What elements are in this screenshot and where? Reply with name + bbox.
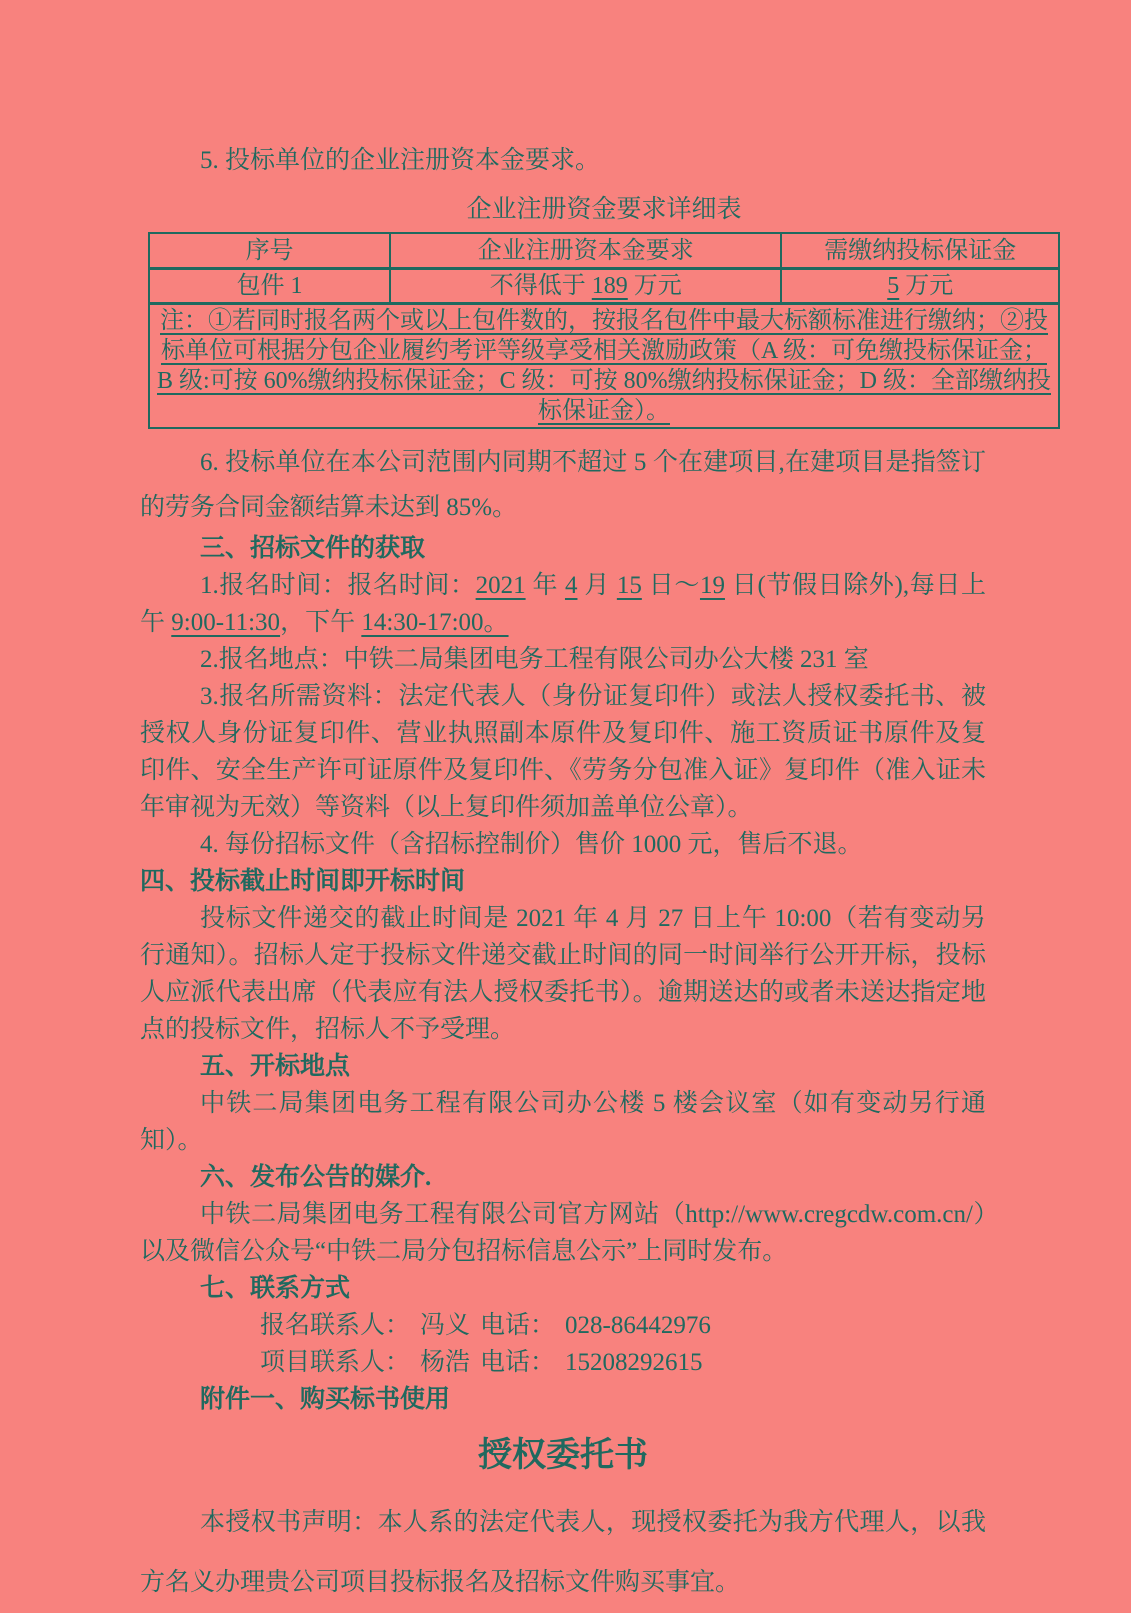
- header-capital-requirement: 企业注册资本金要求: [390, 233, 781, 269]
- open-bid-location-paragraph: 中铁二局集团电务工程有限公司办公楼 5 楼会议室（如有变动另行通知）。: [140, 1085, 986, 1159]
- cell-capital-requirement: 不得低于 189 万元: [390, 269, 781, 304]
- phone-label: 电话：: [480, 1312, 555, 1339]
- signup-place-paragraph: 2.报名地点：中铁二局集团电务工程有限公司办公大楼 231 室: [140, 641, 986, 678]
- contact-value: 冯义电话：028-86442976: [420, 1312, 721, 1339]
- project-contact-row: 项目联系人：杨浩电话：15208292615: [140, 1344, 986, 1381]
- table-caption: 企业注册资金要求详细表: [148, 191, 1060, 228]
- section-7-title: 七、联系方式: [140, 1270, 986, 1307]
- table-header-row: 序号 企业注册资本金要求 需缴纳投标保证金: [149, 233, 1059, 269]
- signup-materials-paragraph: 3.报名所需资料：法定代表人（身份证复印件）或法人授权委托书、被授权人身份证复印…: [140, 678, 986, 826]
- phone-label: 电话：: [480, 1349, 555, 1376]
- table-row: 包件 1 不得低于 189 万元 5 万元: [149, 269, 1059, 304]
- section-4-title: 四、投标截止时间即开标时间: [140, 863, 986, 900]
- attachment-title: 附件一、购买标书使用: [140, 1381, 986, 1418]
- signup-time-paragraph: 1.报名时间：报名时间：2021 年 4 月 15 日～19 日(节假日除外),…: [140, 567, 986, 641]
- contact-value: 杨浩电话：15208292615: [420, 1349, 713, 1376]
- section-5-title: 五、开标地点: [140, 1048, 986, 1085]
- section-4-body: 投标文件递交的截止时间是 2021 年 4 月 27 日上午 10:00（若有变…: [140, 900, 986, 1048]
- signup-contact-row: 报名联系人：冯义电话：028-86442976: [140, 1307, 986, 1344]
- document-price-paragraph: 4. 每份招标文件（含招标控制价）售价 1000 元，售后不退。: [140, 826, 986, 863]
- item-5-paragraph: 5. 投标单位的企业注册资本金要求。: [140, 142, 986, 179]
- announcement-media-paragraph: 中铁二局集团电务工程有限公司官方网站（http://www.cregcdw.co…: [140, 1196, 986, 1270]
- header-bid-deposit: 需缴纳投标保证金: [781, 233, 1059, 269]
- contact-name: 杨浩: [420, 1349, 470, 1376]
- capital-requirements-table: 序号 企业注册资本金要求 需缴纳投标保证金 包件 1 不得低于 189 万元 5…: [148, 232, 1060, 429]
- authorization-title: 授权委托书: [140, 1430, 986, 1481]
- contact-label: 项目联系人：: [200, 1344, 420, 1381]
- contact-label: 报名联系人：: [200, 1307, 420, 1344]
- item-6-paragraph: 6. 投标单位在本公司范围内同期不超过 5 个在建项目,在建项目是指签订的劳务合…: [140, 441, 986, 530]
- table-note: 注：①若同时报名两个或以上包件数的，按报名包件中最大标额标准进行缴纳；②投标单位…: [149, 304, 1059, 429]
- authorization-body: 本授权书声明：本人系的法定代表人，现授权委托为我方代理人，以我方名义办理贵公司项…: [140, 1493, 986, 1613]
- cell-package: 包件 1: [149, 269, 390, 304]
- contact-name: 冯义: [420, 1312, 470, 1339]
- table-note-row: 注：①若同时报名两个或以上包件数的，按报名包件中最大标额标准进行缴纳；②投标单位…: [149, 304, 1059, 429]
- cell-deposit: 5 万元: [781, 269, 1059, 304]
- phone-number: 028-86442976: [565, 1312, 711, 1339]
- phone-number: 15208292615: [565, 1349, 703, 1376]
- header-seq: 序号: [149, 233, 390, 269]
- section-6-title: 六、发布公告的媒介.: [140, 1159, 986, 1196]
- document-page: 5. 投标单位的企业注册资本金要求。 企业注册资金要求详细表 序号 企业注册资本…: [0, 0, 1131, 1600]
- section-3-title: 三、招标文件的获取: [140, 530, 986, 567]
